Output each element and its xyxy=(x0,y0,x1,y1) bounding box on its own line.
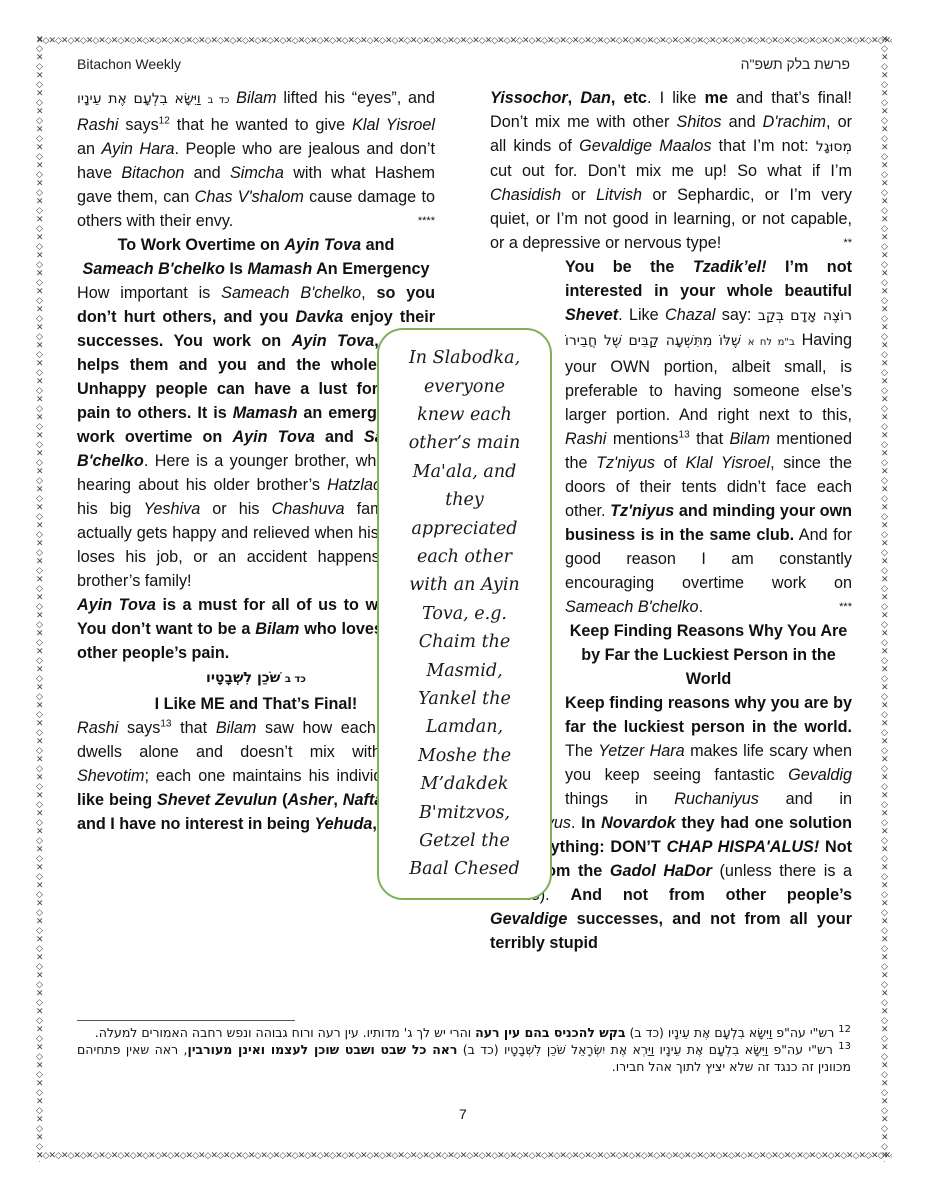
footnote-number: 13 xyxy=(838,1041,851,1052)
text: Ruchaniyus xyxy=(674,790,759,808)
text: or xyxy=(561,186,596,204)
text: or his xyxy=(200,500,271,518)
hebrew-quote: שֹׁכֵן לִשְׁבָטָיו xyxy=(206,670,280,686)
text: Klal Yisroel xyxy=(352,116,435,134)
text: רש"י עה"פ וַיִּשָּׂא בִלְעָם אֶת עֵינָיו… xyxy=(626,1025,839,1040)
border-bottom: ✕◇✕◇✕◇✕◇✕◇✕◇✕◇✕◇✕◇✕◇✕◇✕◇✕◇✕◇✕◇✕◇✕◇✕◇✕◇✕◇… xyxy=(36,1151,892,1162)
text: that I’m not: xyxy=(711,137,815,155)
text: Gadol HaDor xyxy=(610,862,712,880)
footnote-number: 12 xyxy=(838,1024,851,1035)
text: Klal Yisroel xyxy=(686,454,770,472)
text: Bilam xyxy=(216,719,256,737)
text: Simcha xyxy=(230,164,284,182)
text: And not from other people’s xyxy=(571,886,852,904)
text: Tz'niyus xyxy=(610,502,674,520)
callout-line: knew each xyxy=(385,401,544,429)
text: . Like xyxy=(618,306,665,324)
text: . xyxy=(571,814,581,832)
callout-line: Lamdan, xyxy=(385,713,544,741)
text: and xyxy=(361,236,394,254)
section-stars: *** xyxy=(839,595,852,619)
text: Chasidish xyxy=(490,186,561,204)
text: Chas V'shalom xyxy=(195,188,304,206)
text: Chashuva xyxy=(272,500,345,518)
callout-line: Yankel the xyxy=(385,685,544,713)
text: say: xyxy=(715,306,757,324)
text: says xyxy=(118,116,158,134)
text: והרי יש לך ג' מדותיו. עין רעה ורוח גבוהה… xyxy=(95,1025,475,1040)
text: Bilam xyxy=(730,430,770,448)
callout-line: Tova, e.g. xyxy=(385,600,544,628)
text: Is xyxy=(225,260,248,278)
callout-line: Baal Chesed xyxy=(385,855,544,883)
text: Gevaldige xyxy=(490,910,567,928)
text: things in xyxy=(565,790,674,808)
footnote-13: 13 רש"י עה"פ וַיִּשָּׂא בִלְעָם אֶת עֵינ… xyxy=(77,1041,851,1075)
text: me xyxy=(705,89,728,107)
text: Gevaldige Maalos xyxy=(579,137,711,155)
text: The xyxy=(565,742,598,760)
hebrew-word: מְסוּגָל xyxy=(816,139,852,155)
footnote-ref[interactable]: 13 xyxy=(160,719,171,730)
text: (unless there is a xyxy=(712,862,852,880)
text: Shevet xyxy=(565,306,618,324)
text: Yeshiva xyxy=(144,500,201,518)
pull-quote-callout: In Slabodka, everyone knew each other’s … xyxy=(377,328,552,900)
text: Sameach B'chelko xyxy=(83,260,225,278)
text: CHAP HISPA'ALUS! xyxy=(667,838,820,856)
text: Bitachon xyxy=(121,164,184,182)
text: Ayin Tova xyxy=(292,332,375,350)
text: Ayin Hara xyxy=(102,140,175,158)
footnote-ref[interactable]: 12 xyxy=(159,116,170,127)
text: Novardok xyxy=(601,814,676,832)
callout-line: Masmid, xyxy=(385,657,544,685)
callout-line: other’s main xyxy=(385,429,544,457)
text: that he wanted to give xyxy=(170,116,352,134)
text: ( xyxy=(277,791,287,809)
callout-line: Chaim the xyxy=(385,628,544,656)
text: that xyxy=(690,430,730,448)
callout-line: everyone xyxy=(385,373,544,401)
callout-line: Getzel the xyxy=(385,827,544,855)
callout-line: appreciated xyxy=(385,515,544,543)
hebrew-quote: וַיִּשָּׂא בִלְעָם אֶת עֵינָיו xyxy=(77,91,201,107)
text: Chazal xyxy=(665,306,715,324)
text: Yissochor xyxy=(490,89,568,107)
text: Tzadik’el! xyxy=(693,258,767,276)
text: , xyxy=(333,791,342,809)
border-left: ✕◇✕◇✕◇✕◇✕◇✕◇✕◇✕◇✕◇✕◇✕◇✕◇✕◇✕◇✕◇✕◇✕◇✕◇✕◇✕◇… xyxy=(36,36,47,1162)
text: Yetzer Hara xyxy=(598,742,684,760)
footnote-separator xyxy=(77,1020,295,1021)
section-heading-ayin-tova: To Work Overtime on Ayin Tova and Sameac… xyxy=(77,233,435,281)
section-stars: ** xyxy=(843,231,852,255)
text: בקש להכניס בהם עין רעה xyxy=(475,1025,625,1040)
text: An Emergency xyxy=(312,260,429,278)
text: mentions xyxy=(606,430,678,448)
hebrew-ref: כד ב xyxy=(285,674,306,685)
text: , etc xyxy=(611,89,647,107)
text: an xyxy=(77,140,102,158)
paragraph-i-like-me: Yissochor, Dan, etc. I like me and that’… xyxy=(490,86,852,255)
text: Sameach B'chelko xyxy=(221,284,361,302)
text: and xyxy=(184,164,230,182)
text: Mamash xyxy=(247,260,312,278)
callout-line: In Slabodka, xyxy=(385,344,544,372)
text: says xyxy=(118,719,160,737)
text: and xyxy=(315,428,364,446)
hebrew-ref: כד ב xyxy=(207,95,229,106)
callout-line: with an Ayin xyxy=(385,571,544,599)
text: Bilam xyxy=(255,620,299,638)
callout-line: each other xyxy=(385,543,544,571)
text: Tz'niyus xyxy=(596,454,655,472)
text: Keep finding reasons why you are by far … xyxy=(565,694,852,736)
text: To Work Overtime on xyxy=(118,236,285,254)
footnote-12: 12 רש"י עה"פ וַיִּשָּׂא בִלְעָם אֶת עֵינ… xyxy=(77,1024,851,1041)
text: How important is xyxy=(77,284,221,302)
text: רש"י עה"פ וַיִּשָּׂא בִלְעָם אֶת עֵינָיו… xyxy=(457,1042,838,1057)
text: Rashi xyxy=(565,430,606,448)
text: Asher xyxy=(287,791,333,809)
text: You be the xyxy=(565,258,693,276)
callout-line: they xyxy=(385,486,544,514)
text: Davka xyxy=(296,308,344,326)
text: Bilam xyxy=(229,89,276,107)
text: Yehuda xyxy=(314,815,372,833)
footnotes: 12 רש"י עה"פ וַיִּשָּׂא בִלְעָם אֶת עֵינ… xyxy=(77,1024,851,1075)
callout-line: B'mitzvos, xyxy=(385,799,544,827)
text: Shevotim xyxy=(77,767,144,785)
text: Shevet Zevulun xyxy=(157,791,277,809)
paragraph-bilam-eyes: וַיִּשָּׂא בִלְעָם אֶת עֵינָיו כד ב Bila… xyxy=(77,86,435,233)
text: . I like xyxy=(647,89,705,107)
text: and in xyxy=(759,790,852,808)
text: that xyxy=(171,719,215,737)
section-stars: **** xyxy=(418,209,435,233)
text: , xyxy=(361,284,376,302)
callout-line: Ma'ala, and xyxy=(385,458,544,486)
border-right: ✕◇✕◇✕◇✕◇✕◇✕◇✕◇✕◇✕◇✕◇✕◇✕◇✕◇✕◇✕◇✕◇✕◇✕◇✕◇✕◇… xyxy=(881,36,892,1162)
text: , xyxy=(568,89,581,107)
text: Ayin Tova xyxy=(77,596,156,614)
text: D'rachim xyxy=(763,113,826,131)
hebrew-ref: ב"מ לח א xyxy=(748,337,795,348)
text: lifted his “eyes”, and xyxy=(277,89,435,107)
page-number: 7 xyxy=(459,1106,467,1122)
text: Dan xyxy=(580,89,611,107)
text: Ayin Tova xyxy=(284,236,361,254)
running-head-publication: Bitachon Weekly xyxy=(77,56,181,72)
text: Rashi xyxy=(77,719,118,737)
text: Rashi xyxy=(77,116,118,134)
text: saw how each xyxy=(256,719,384,737)
text: and xyxy=(722,113,763,131)
text: Sameach B'chelko xyxy=(565,598,699,616)
text: In xyxy=(581,814,601,832)
text: Mamash xyxy=(233,404,298,422)
border-top: ✕◇✕◇✕◇✕◇✕◇✕◇✕◇✕◇✕◇✕◇✕◇✕◇✕◇✕◇✕◇✕◇✕◇✕◇✕◇✕◇… xyxy=(36,36,892,47)
text: of xyxy=(655,454,686,472)
text: Ayin Tova xyxy=(232,428,314,446)
footnote-ref[interactable]: 13 xyxy=(679,430,690,441)
callout-line: M’dakdek xyxy=(385,770,544,798)
text: . xyxy=(699,598,704,616)
text: Gevaldig xyxy=(788,766,852,784)
text: cut out for. Don’t mix me up! So what if… xyxy=(490,162,852,180)
text: Shitos xyxy=(677,113,722,131)
text: Litvish xyxy=(596,186,642,204)
text: ראה כל שבט ושבט שוכן לעצמו ואינן מעורבין xyxy=(188,1042,458,1057)
running-head-parsha: פרשת בלק תשפ"ה xyxy=(741,56,850,72)
callout-line: Moshe the xyxy=(385,742,544,770)
